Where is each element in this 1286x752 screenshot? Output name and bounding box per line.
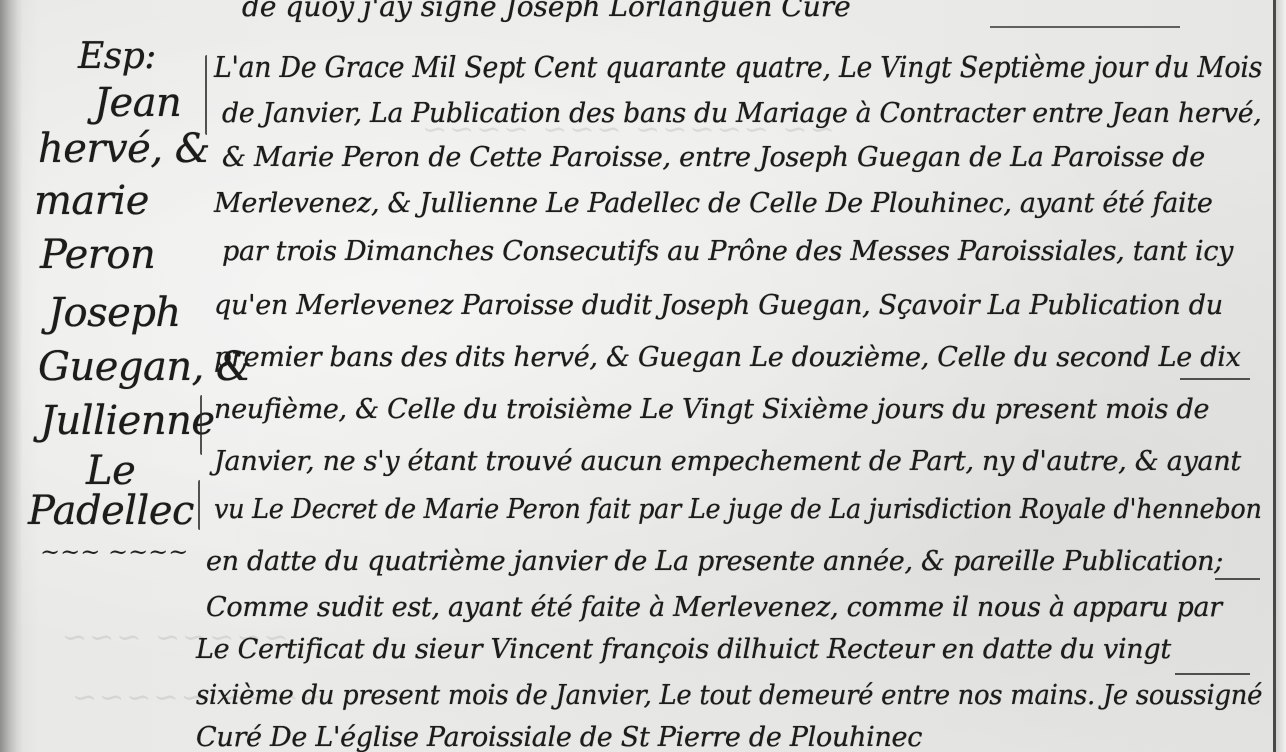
line-end-dash [1180,378,1250,380]
body-line-8: neufième, & Celle du troisième Le Vingt … [214,394,1209,425]
margin-flourish: ~~~ ~~~~ [40,538,188,566]
body-line-11: en datte du quatrième janvier de La pres… [206,546,1223,577]
margin-name-jean: Jean [94,80,181,126]
body-line-5: par trois Dimanches Consecutifs au Prône… [222,236,1233,267]
margin-name-marie: marie [34,178,149,224]
page-binding-edge [0,0,22,752]
signature-rule [990,26,1180,28]
body-line-9: Janvier, ne s'y étant trouvé aucun empec… [214,446,1241,477]
body-line-3: & Marie Peron de Cette Paroisse, entre J… [222,142,1205,173]
margin-name-peron: Peron [40,232,155,278]
page-right-margin [1276,0,1286,752]
previous-entry-signature-line: de quoy j'ay signé Joseph Lorlanguen Cur… [242,0,851,23]
page-right-edge-line [1273,0,1276,752]
margin-bracket [205,55,207,135]
body-line-7: premier bans des dits hervé, & Guegan Le… [214,342,1241,373]
margin-bracket [200,395,202,455]
margin-bracket [198,480,200,530]
margin-abbreviation: Esp: [78,36,156,77]
body-line-12: Comme sudit est, ayant été faite à Merle… [206,592,1222,623]
margin-name-padellec: Padellec [28,488,194,534]
body-line-6: qu'en Merlevenez Paroisse dudit Joseph G… [214,290,1223,321]
line-end-dash [1175,673,1250,675]
body-line-14: sixième du present mois de Janvier, Le t… [196,680,1262,711]
margin-name-jullienne: Jullienne [40,398,215,444]
body-line-13: Le Certificat du sieur Vincent françois … [196,634,1171,665]
body-line-15: Curé De L'église Paroissiale de St Pierr… [196,722,922,752]
body-line-4: Merlevenez, & Jullienne Le Padellec de C… [214,188,1213,219]
register-page: ~~ ~~~~~ ~~~ ~~~~ ~~~~~ ~~~ ~~~~ ~~~~~ d… [0,0,1286,752]
body-line-10: vu Le Decret de Marie Peron fait par Le … [214,494,1262,525]
margin-name-herve: hervé, & [38,126,210,172]
body-line-1: L'an De Grace Mil Sept Cent quarante qua… [214,50,1262,84]
margin-name-joseph: Joseph [48,290,181,336]
line-end-dash [1215,578,1260,580]
body-line-2: de Janvier, La Publication des bans du M… [222,98,1262,129]
